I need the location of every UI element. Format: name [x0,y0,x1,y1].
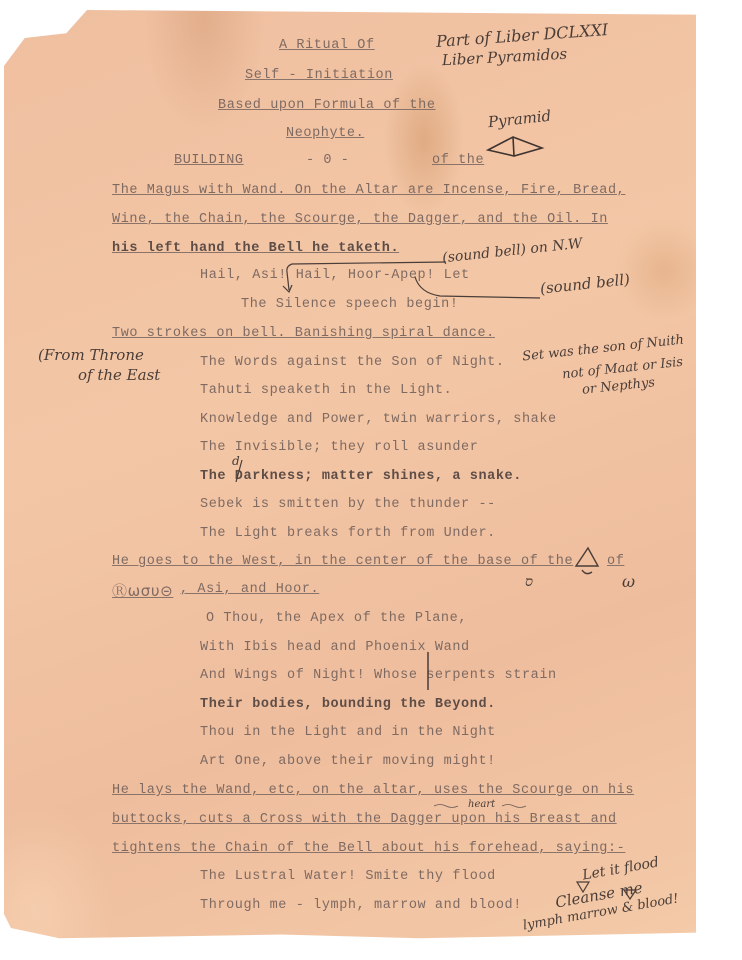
para2-line1: Two strokes on bell. Banishing spiral da… [112,326,495,341]
verse3-line: O Thou, the Apex of the Plane, [206,611,467,626]
title-line-1: A Ritual Of [279,38,375,53]
annotation-glyph-samekh: ס [525,575,533,590]
verse3-line: Art One, above their moving might! [200,754,496,769]
verse2-line: Knowledge and Power, twin warriors, shak… [200,412,557,427]
para4-line1: He lays the Wand, etc, on the altar, use… [112,783,634,798]
verse2-line: The Invisible; they roll asunder [200,440,478,455]
building-dash: - 0 - [306,153,350,168]
verse3-line: And Wings of Night! Whose serpents strai… [200,668,557,683]
verse4-line: Through me - lymph, marrow and blood! [200,898,522,913]
title-line-4: Neophyte. [286,126,364,141]
para4-line3: tightens the Chain of the Bell about his… [112,841,625,856]
title-line-2: Self - Initiation [245,68,393,83]
building-label: BUILDING [174,153,244,168]
para3-line1: He goes to the West, in the center of th… [112,554,573,569]
verse2-line: The Light breaks forth from Under. [200,526,496,541]
para3-of: of [607,554,624,569]
verse1-line1: Hail, Asi! Hail, Hoor-Apep! Let [200,268,470,283]
verse2-line: The Words against the Son of Night. [200,355,505,370]
para1-line3: his left hand the Bell he taketh. [112,241,399,256]
verse2-line: Tahuti speaketh in the Light. [200,383,452,398]
verse2-line: Sebek is smitten by the thunder -- [200,497,496,512]
para1-line2: Wine, the Chain, the Scourge, the Dagger… [112,212,608,227]
verse3-line: With Ibis head and Phoenix Wand [200,640,470,655]
annotation-glyph-omega: ω [622,574,635,591]
verse4-line: The Lustral Water! Smite thy flood [200,869,496,884]
para3-glyphs: Ⓡωσυ⊝ [112,580,173,601]
verse2-line: The Darkness; matter shines, a snake. [200,469,522,484]
building-of-the: of the [432,153,484,168]
title-line-3: Based upon Formula of the [218,98,436,113]
verse3-line: Their bodies, bounding the Beyond. [200,697,496,712]
verse1-line2: The Silence speech begin! [241,297,459,312]
annotation-from-throne-line2: of the East [78,368,160,384]
para3-line2: , Asi, and Hoor. [180,582,319,597]
annotation-from-throne-line1: (From Throne [38,348,144,364]
para4-line2: buttocks, cuts a Cross with the Dagger u… [112,812,617,827]
para1-line1: The Magus with Wand. On the Altar are In… [112,183,625,198]
annotation-correction-d: d [232,455,240,468]
annotation-heart: heart [468,800,495,811]
verse3-line: Thou in the Light and in the Night [200,725,496,740]
